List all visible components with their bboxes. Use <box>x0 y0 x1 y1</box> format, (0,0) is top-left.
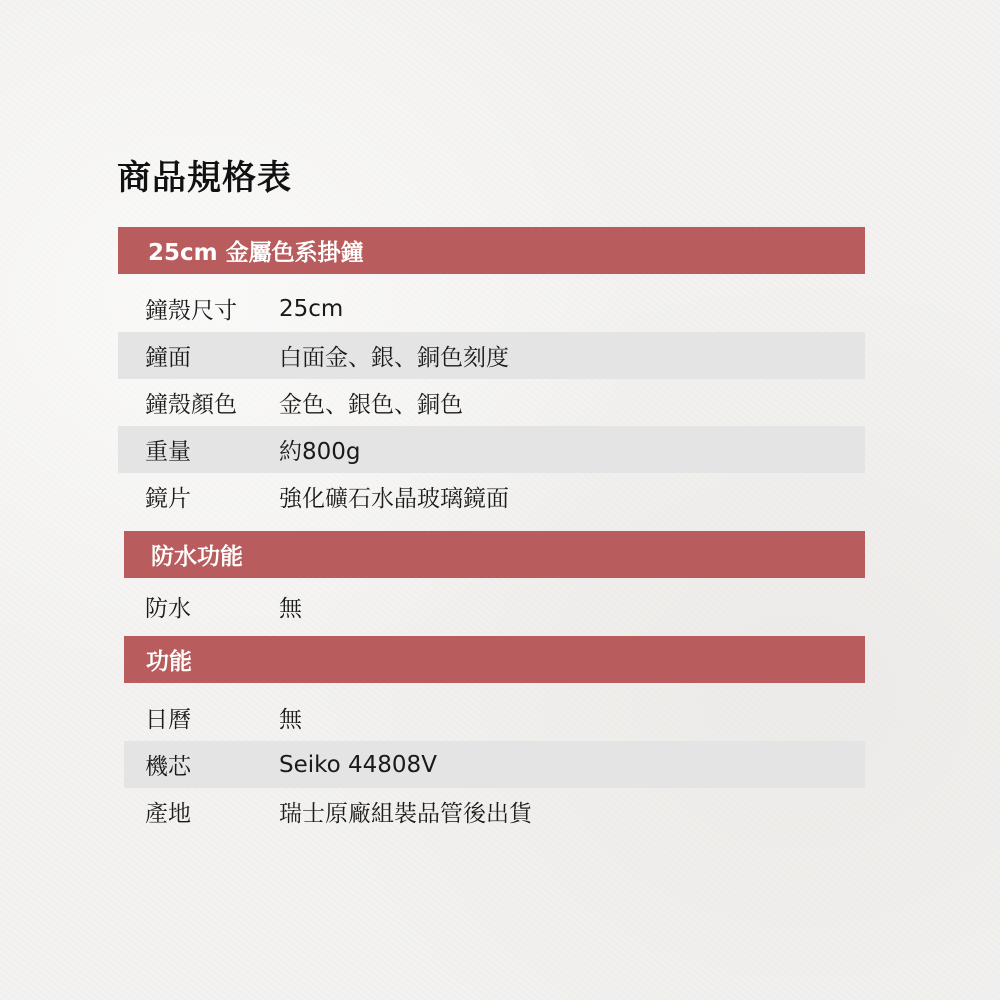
spec-value: 強化礦石水晶玻璃鏡面 <box>279 480 865 513</box>
section-header-waterproof: 防水功能 <box>124 531 865 578</box>
section-title: 功能 <box>146 643 192 676</box>
spec-value: Seiko 44808V <box>279 752 865 778</box>
spec-row-lens: 鏡片 強化礦石水晶玻璃鏡面 <box>118 473 865 520</box>
section-header-functions: 功能 <box>124 636 865 683</box>
section-header-product: 25cm 金屬色系掛鐘 <box>118 227 865 274</box>
spec-value: 瑞士原廠組裝品管後出貨 <box>279 795 865 828</box>
spacer <box>118 520 865 531</box>
spec-value: 無 <box>279 701 865 734</box>
spec-label: 鐘殼尺寸 <box>118 292 279 325</box>
spec-value: 白面金、銀、銅色刻度 <box>279 339 865 372</box>
spec-row-dial: 鐘面 白面金、銀、銅色刻度 <box>118 332 865 379</box>
spec-label: 日曆 <box>118 701 279 734</box>
spacer <box>118 578 865 588</box>
spec-label: 防水 <box>124 590 279 623</box>
spec-label: 重量 <box>118 433 279 466</box>
section-title: 防水功能 <box>151 538 243 571</box>
spacer <box>118 274 865 285</box>
spec-label: 鐘面 <box>118 339 279 372</box>
spec-label: 機芯 <box>124 748 279 781</box>
spec-value: 約800g <box>279 433 865 466</box>
spec-row-origin: 產地 瑞士原廠組裝品管後出貨 <box>118 788 865 835</box>
spec-label: 鐘殼顏色 <box>118 386 279 419</box>
spec-row-weight: 重量 約800g <box>118 426 865 473</box>
spec-value: 無 <box>279 590 865 623</box>
spec-value: 金色、銀色、銅色 <box>279 386 865 419</box>
spec-row-calendar: 日曆 無 <box>118 694 865 741</box>
page-title: 商品規格表 <box>117 150 292 199</box>
spec-label: 鏡片 <box>118 480 279 513</box>
spec-table: 25cm 金屬色系掛鐘 鐘殼尺寸 25cm 鐘面 白面金、銀、銅色刻度 鐘殼顏色… <box>118 227 865 835</box>
spec-row-movement: 機芯 Seiko 44808V <box>124 741 865 788</box>
spec-row-case-color: 鐘殼顏色 金色、銀色、銅色 <box>118 379 865 426</box>
spec-value: 25cm <box>279 296 865 322</box>
spec-row-case-size: 鐘殼尺寸 25cm <box>118 285 865 332</box>
section-title: 25cm 金屬色系掛鐘 <box>148 234 364 267</box>
spec-label: 產地 <box>118 795 279 828</box>
spec-row-waterproof: 防水 無 <box>124 588 865 625</box>
spacer <box>118 683 865 694</box>
